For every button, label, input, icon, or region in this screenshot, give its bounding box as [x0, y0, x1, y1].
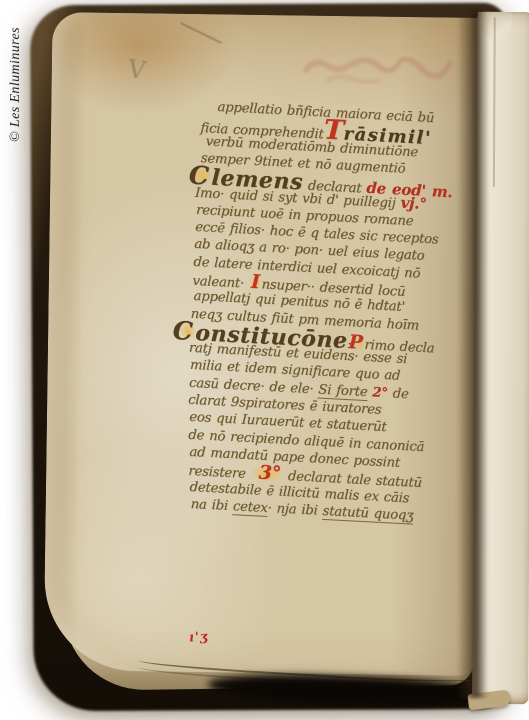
flyleaf-crease	[493, 17, 496, 187]
rubric-text: C	[191, 167, 212, 185]
ink-text: na ibi	[190, 497, 233, 514]
ink-offset-ghost	[298, 48, 478, 92]
manuscript-text: appellatio bñficia maiora eciā būficia c…	[180, 98, 503, 528]
copyright-watermark: © Les Enluminures	[8, 27, 24, 142]
rubric-text: 2°	[372, 385, 388, 401]
ink-text: de	[387, 386, 409, 402]
rubric-text: 3°	[250, 464, 283, 483]
manuscript-photo: V appellatio bñficia maiora eciā būficia…	[0, 0, 529, 720]
rubric-text: vj.°	[400, 194, 427, 213]
gutter-shadow	[457, 10, 489, 698]
rubric-catchword: ı'ʒ	[189, 630, 209, 646]
rubric-text: C	[179, 322, 196, 340]
ink-text: · nja ibi	[267, 501, 323, 519]
ink-text: cetex	[232, 499, 268, 517]
